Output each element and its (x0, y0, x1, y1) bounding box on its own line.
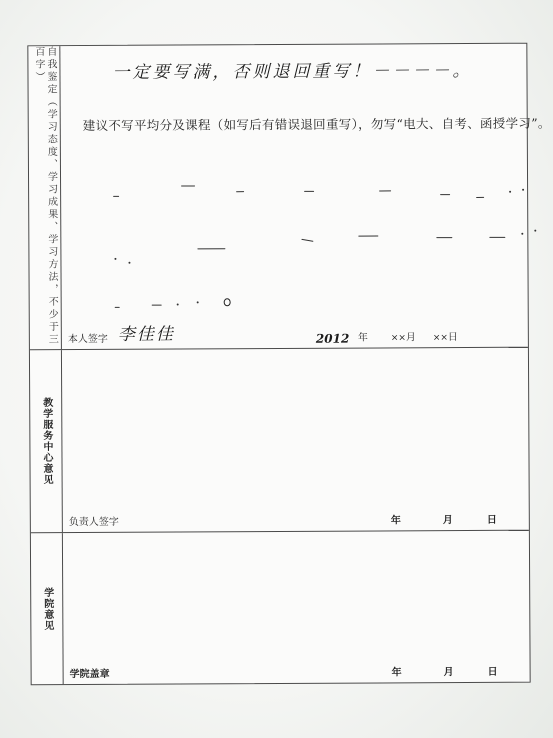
date-year-label: 年 (391, 511, 401, 526)
college-label: 学院意见 (41, 587, 53, 631)
date-year-value[interactable]: 2012 (316, 332, 349, 346)
college-seal-label: 学院盖章 (70, 665, 110, 680)
college-opinion-row: 学院意见 学院盖章 年 月 日 (31, 531, 530, 685)
service-center-signature-row: 负责人签字 年 月 日 (69, 506, 519, 528)
service-center-opinion-content[interactable]: 负责人签字 年 月 日 (62, 348, 529, 532)
self-appraisal-label: 自我鉴定（学习态度、学习成果、学习方法，不少于三百字） (32, 46, 58, 349)
service-center-label: 教学服务中心意见 (40, 397, 52, 485)
self-appraisal-content[interactable]: 一定要写满，否则退回重写！－－－－。 建议不写平均分及课程（如写后有错误退回重写… (60, 44, 528, 349)
date-day-label: 日 (487, 511, 497, 526)
date-day-label: 日 (448, 328, 458, 343)
responsible-person-signature-label: 负责人签字 (69, 513, 119, 528)
scanned-page: 自我鉴定（学习态度、学习成果、学习方法，不少于三百字） 一定要写满，否则退回重写… (0, 0, 553, 738)
handwritten-heading: 一定要写满，否则退回重写！－－－－。 (112, 56, 472, 83)
date-month-value[interactable]: ×× (391, 333, 406, 343)
date-day-label: 日 (488, 663, 498, 678)
self-appraisal-row: 自我鉴定（学习态度、学习成果、学习方法，不少于三百字） 一定要写满，否则退回重写… (28, 44, 528, 351)
date-month-label: 月 (406, 328, 416, 343)
handwritten-placeholder-strokes (60, 44, 526, 46)
college-label-cell: 学院意见 (31, 533, 64, 684)
date-month-label: 月 (443, 511, 453, 526)
service-center-label-cell: 教学服务中心意见 (30, 350, 63, 532)
college-opinion-content[interactable]: 学院盖章 年 月 日 (63, 531, 530, 684)
date-month-label: 月 (444, 663, 454, 678)
appraisal-form-table: 自我鉴定（学习态度、学习成果、学习方法，不少于三百字） 一定要写满，否则退回重写… (27, 43, 530, 686)
date-year-label: 年 (392, 663, 402, 678)
college-seal-row: 学院盖章 年 月 日 (70, 658, 520, 680)
self-signature-row: 本人签字 李佳佳 2012 年 ×× 月 ×× 日 (68, 323, 518, 345)
self-signature-value[interactable]: 李佳佳 (118, 320, 175, 345)
date-year-label: 年 (358, 329, 368, 344)
self-appraisal-label-cell: 自我鉴定（学习态度、学习成果、学习方法，不少于三百字） (28, 46, 62, 349)
service-center-opinion-row: 教学服务中心意见 负责人签字 年 月 日 (30, 348, 529, 534)
printed-instruction-note: 建议不写平均分及课程（如写后有错误退回重写），勿写“电大、自考、函授学习”。 (83, 114, 551, 134)
self-signature-label: 本人签字 (68, 330, 108, 345)
date-day-value[interactable]: ×× (433, 333, 448, 343)
